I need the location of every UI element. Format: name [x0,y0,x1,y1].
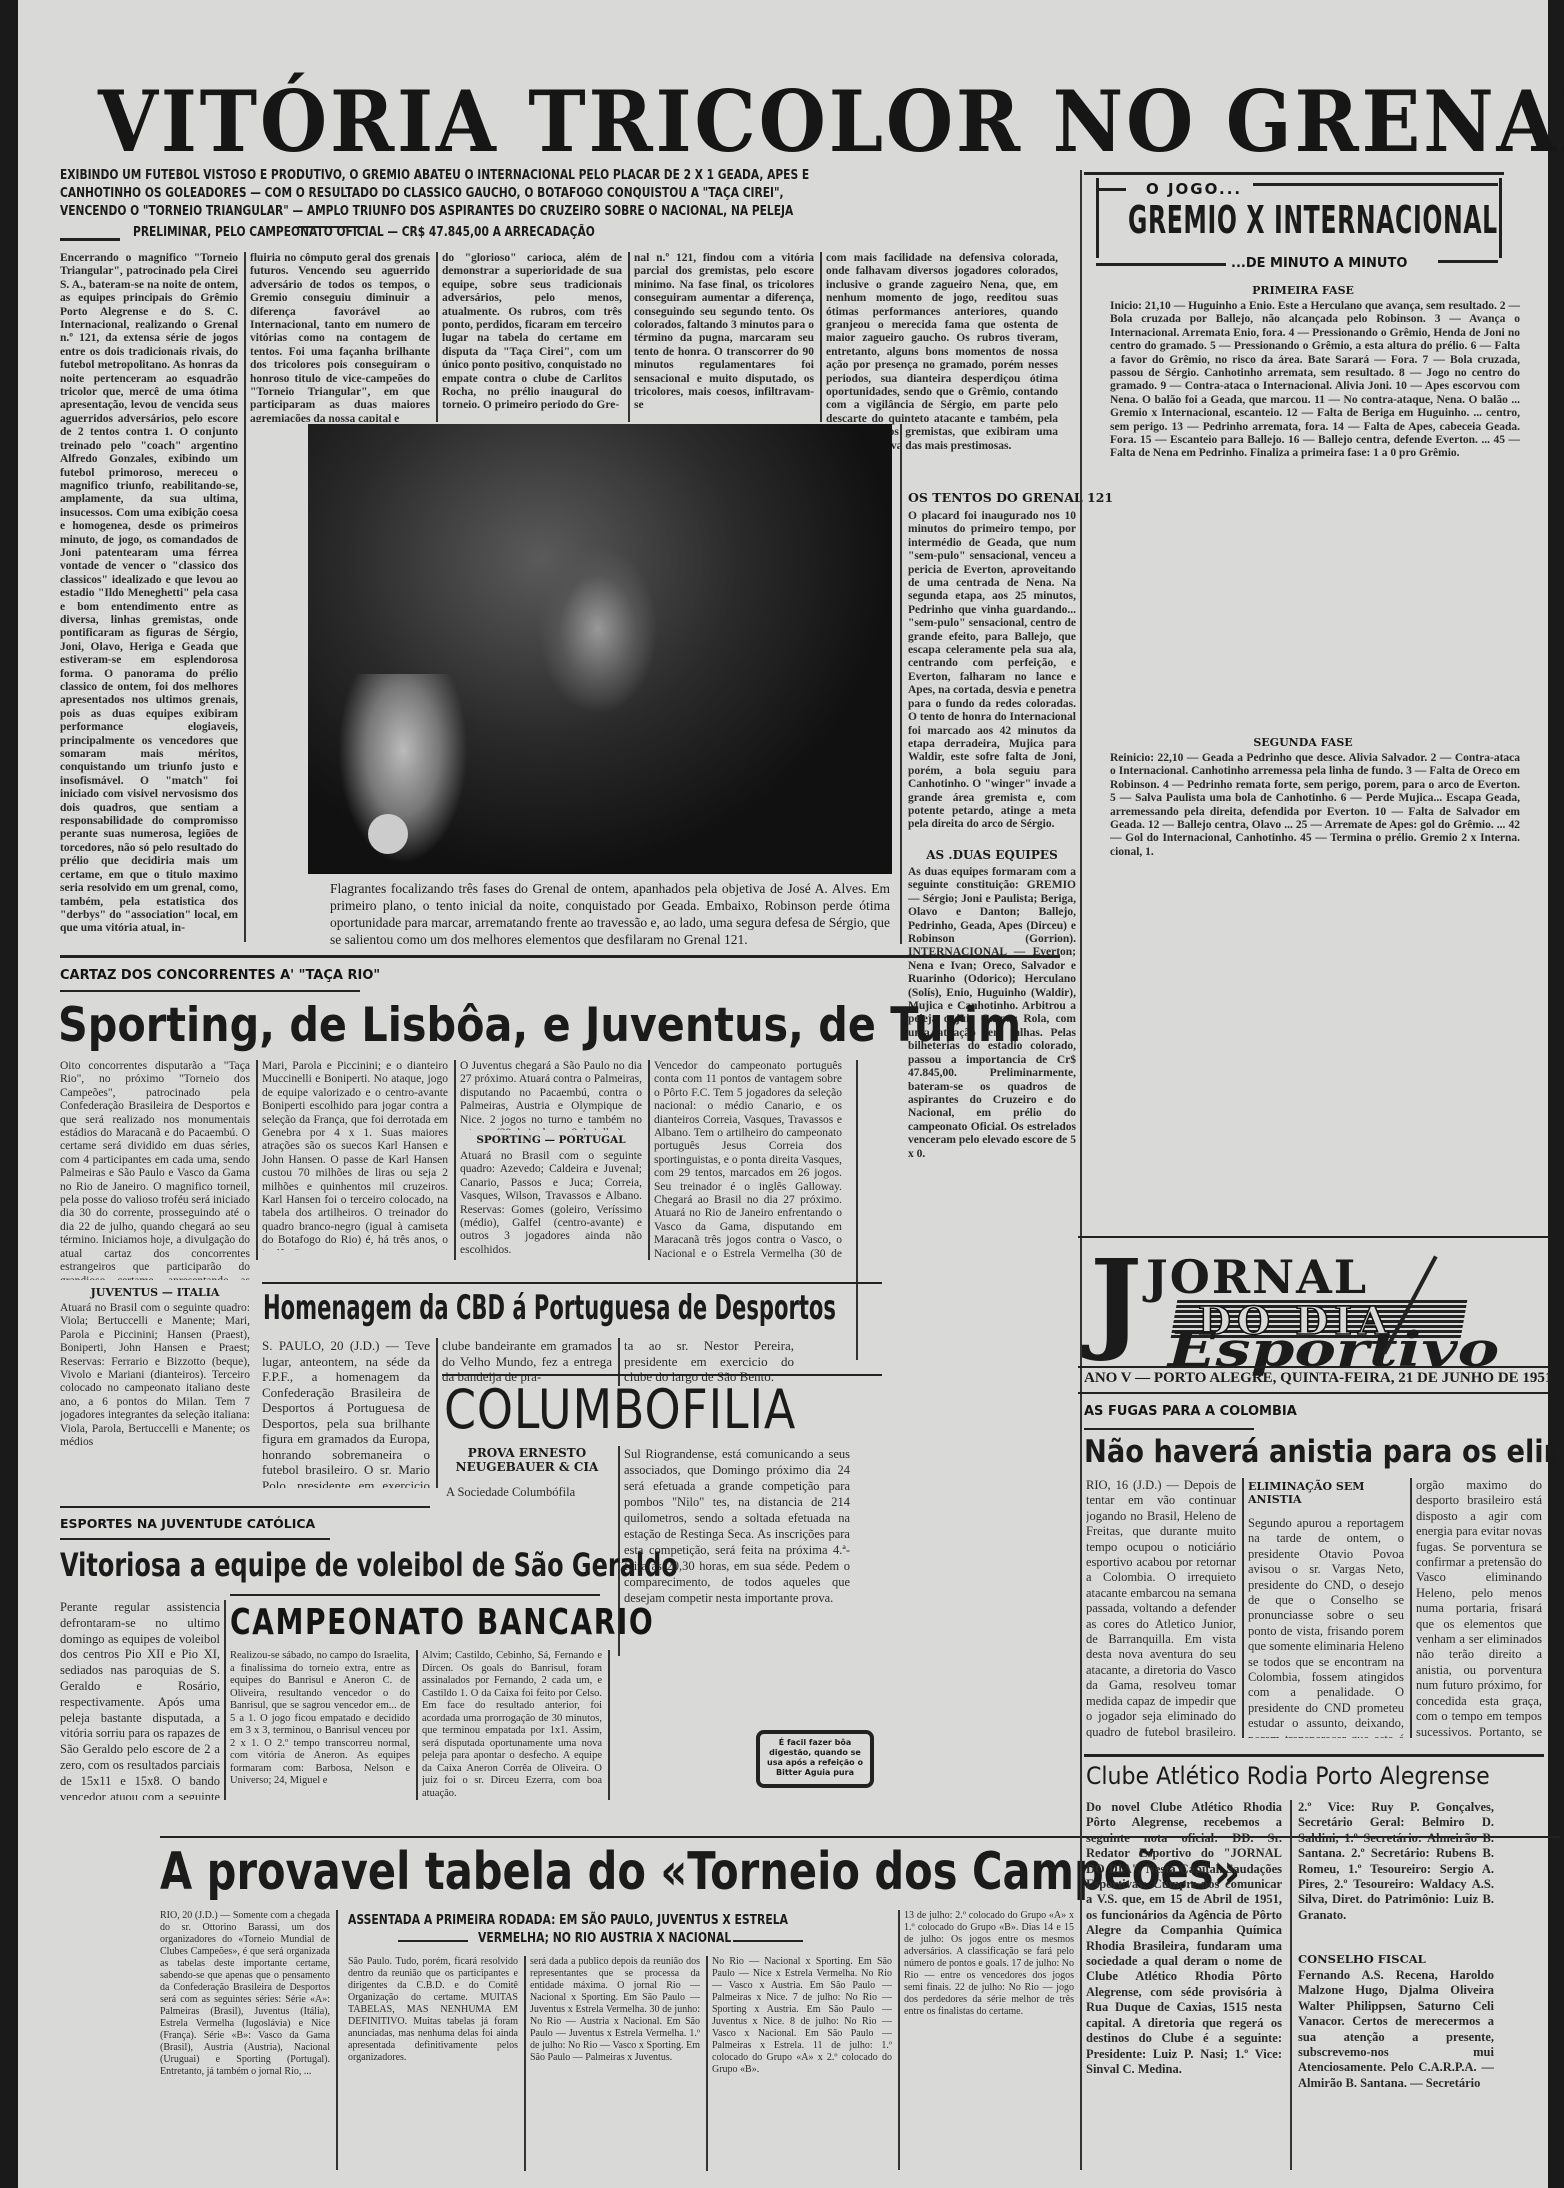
tentos-text: O placard foi inaugurado nos 10 minutos … [908,510,1076,840]
torneio-deck-1: ASSENTADA A PRIMEIRA RODADA: EM SÃO PAUL… [348,1912,788,1928]
phase2-heading: SEGUNDA FASE [1088,736,1518,749]
masthead-location-date: PORTO ALEGRE, QUINTA-FEIRA, 21 DE JUNHO … [1154,1370,1553,1386]
torneio-col-5: 13 de julho: 2.º colocado do Grupo «A» x… [904,1910,1074,2170]
bitter-aguia-ad: É facil fazer bôa digestão, quando se us… [756,1730,874,1788]
colombia-subheading: ELIMINAÇÃO SEM ANISTIA [1248,1480,1398,1506]
torneio-col-1: RIO, 20 (J.D.) — Somente com a chegada d… [160,1910,330,2170]
minuto-kicker: O JOGO... [1146,180,1242,198]
taca-rio-col-3b: Atuará no Brasil com o seguinte quadro: … [460,1150,642,1262]
minuto-title: GREMIO X INTERNACIONAL [1128,198,1498,242]
bancario-col-2: Alvim; Castildo, Cebinho, Sá, Fernando e… [422,1650,602,1800]
torneio-col-4: No Rio — Nacional x Sporting. Em São Pau… [712,1956,892,2171]
taca-rio-headline: Sporting, de Lisbôa, e Juventus, de Turi… [58,998,1021,1053]
newspaper-page: VITÓRIA TRICOLOR NO GRENAL 121 EXIBINDO … [18,0,1548,2188]
rodia-col-2b: Fernando A.S. Recena, Haroldo Malzone Hu… [1298,1968,1494,2168]
photo-goalkeeper-silhouette [538,544,658,714]
photo-ball [368,814,408,854]
tentos-heading: OS TENTOS DO GRENAL 121 [908,490,1078,505]
main-headline: VITÓRIA TRICOLOR NO GRENAL 121 [98,72,1564,171]
colombia-col-1: RIO, 16 (J.D.) — Depois de tentar em vão… [1086,1478,1236,1738]
juventus-heading: JUVENTUS — ITALIA [60,1286,250,1299]
grenal-story-col-1: Encerrando o magnifico "Torneio Triangul… [60,252,238,942]
phase2-text: Reinicio: 22,10 — Geada a Pedrinho que d… [1110,752,1520,1192]
photo-caption: Flagrantes focalizando três fases do Gre… [330,880,890,948]
colombia-col-3: orgão maximo do desporto brasileiro está… [1416,1478,1542,1738]
masthead-ano: ANO V [1084,1370,1131,1386]
bitter-aguia-ad-text: É facil fazer bôa digestão, quando se us… [764,1738,866,1778]
cbd-col-1: S. PAULO, 20 (J.D.) — Teve lugar, anteon… [262,1338,430,1488]
taca-rio-kicker: CARTAZ DOS CONCORRENTES A' "TAÇA RIO" [60,968,380,983]
colombia-kicker: AS FUGAS PARA A COLOMBIA [1084,1404,1297,1419]
sporting-heading: SPORTING — PORTUGAL [460,1134,642,1146]
bancario-headline: CAMPEONATO BANCARIO [230,1602,654,1643]
rodia-col-2: 2.º Vice: Ruy P. Gonçalves, Secretário G… [1298,1800,1494,1950]
lead-deck-line-3: VENCENDO O "TORNEIO TRIANGULAR" — AMPLO … [60,204,793,219]
taca-rio-col-1: Oito concorrentes disputarão a "Taça Rio… [60,1060,250,1280]
conselho-heading: CONSELHO FISCAL [1298,1952,1494,1966]
voleibol-kicker: ESPORTES NA JUVENTUDE CATÓLICA [60,1516,315,1531]
grenal-story-col-3: do "glorioso" carioca, além de demonstra… [442,252,622,422]
rodia-col-1: Do novel Clube Atlético Rhodia Pôrto Ale… [1086,1800,1282,2170]
match-photo [308,424,892,874]
torneio-headline: A provavel tabela do «Torneio dos Campeõ… [160,1842,1240,1902]
torneio-col-2: São Paulo. Tudo, porém, ficará resolvido… [348,1956,518,2171]
columbofilia-subhead: PROVA ERNESTO NEUGEBAUER & CIA [442,1446,612,1474]
phase1-heading: PRIMEIRA FASE [1088,284,1518,297]
phase1-text: Inicio: 21,10 — Huguinho a Enio. Este a … [1110,300,1520,720]
taca-rio-col-3: O Juventus chegará a São Paulo no dia 27… [460,1060,642,1130]
torneio-deck-2: VERMELHA; NO RIO AUSTRIA X NACIONAL [478,1930,731,1946]
masthead-j: J [1090,1245,1142,1355]
masthead-dateline: ANO V — PORTO ALEGRE, QUINTA-FEIRA, 21 D… [1084,1370,1546,1387]
equipes-heading: AS .DUAS EQUIPES [908,848,1076,862]
bancario-col-1: Realizou-se sábado, no campo do Israelit… [230,1650,410,1800]
lead-deck-line-1: EXIBINDO UM FUTEBOL VISTOSO E PRODUTIVO,… [60,168,809,183]
lead-deck-line-2: CANHOTINHO OS GOLEADORES — COM O RESULTA… [60,186,784,201]
voleibol-headline: Vitoriosa a equipe de voleibol de São Ge… [60,1546,678,1584]
grenal-story-col-4: nal n.º 121, findou com a vitória parcia… [634,252,814,422]
voleibol-text: Perante regular assistencia defrontaram-… [60,1600,220,1800]
taca-rio-col-1b: Atuará no Brasil com o seguinte quadro: … [60,1302,250,1512]
grenal-story-col-2: fluiria no cômputo geral dos grenais fut… [250,252,430,422]
taca-rio-col-4: Vencedor do campeonato português conta c… [654,1060,842,1260]
colombia-col-2: Segundo apurou a reportagem na tarde de … [1248,1516,1404,1738]
minuto-subtitle: ...DE MINUTO A MINUTO [1231,256,1407,271]
rodia-headline: Clube Atlético Rodia Porto Alegrense [1086,1762,1490,1790]
masthead-title: JORNAL [1146,1250,1368,1304]
taca-rio-col-2: Mari, Parola e Piccinini; e o dianteiro … [262,1060,448,1250]
columbofilia-headline: COLUMBOFILIA [444,1378,796,1441]
columbofilia-col-1: A Sociedade Columbófila [446,1486,612,1506]
colombia-headline: Não haverá anistia para os eliminados [1084,1434,1564,1470]
torneio-col-3: será dada a publico depois da reunião do… [530,1956,700,2171]
cbd-headline: Homenagem da CBD á Portuguesa de Desport… [263,1288,836,1328]
